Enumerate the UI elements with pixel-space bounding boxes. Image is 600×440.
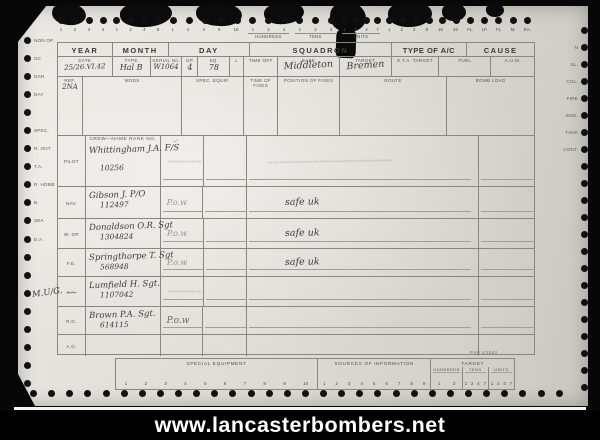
scale-number: 2 xyxy=(187,27,189,32)
scale-number: 2 xyxy=(471,381,474,386)
scale-number: FL. xyxy=(467,27,473,32)
punch-hole xyxy=(481,17,488,24)
mods-label: MODS xyxy=(83,77,182,83)
target-section: TARGET HUNDREDS 12 TENS 1247 UNITS 1247 xyxy=(431,359,514,389)
scale-number: 1 xyxy=(465,381,468,386)
punch-hole xyxy=(363,17,370,24)
nav-fate: P.o.w xyxy=(161,198,187,207)
punch-hole xyxy=(24,109,31,116)
rail-label: OC xyxy=(34,56,41,61)
punch-hole xyxy=(186,17,193,24)
wop-fate: P.o.w xyxy=(161,229,187,238)
punch-hole xyxy=(393,390,400,397)
scale-number: 4 xyxy=(143,27,145,32)
rail-label: SEA xyxy=(34,218,44,223)
punch-hole xyxy=(581,95,588,102)
scale-number: 1 xyxy=(491,381,494,386)
scale-number: 1 xyxy=(116,27,118,32)
box-row: REF. 2NA MODS SPEC. EQUIP. TIME OF FIXES… xyxy=(58,77,534,136)
sources-label: SOURCES OF INFORMATION xyxy=(318,359,430,367)
crew-row-nav: NAV. Gibson J. P/O 112497 P.o.w safe uk xyxy=(58,187,534,219)
rail-label: TANK xyxy=(565,130,578,135)
nav-number: 112497 xyxy=(86,199,160,209)
punch-hole xyxy=(519,390,526,397)
scale-number: 4 xyxy=(413,27,415,32)
form-imprint: P.60 4/1942 xyxy=(470,350,498,355)
scale-number: 7 xyxy=(510,381,513,386)
scale-number: 8 xyxy=(426,27,428,32)
punch-hole xyxy=(24,73,31,80)
punch-hole xyxy=(524,17,531,24)
punch-hole xyxy=(24,55,31,62)
scale-number: 1 xyxy=(343,27,345,32)
punch-hole xyxy=(72,17,79,24)
punch-hole xyxy=(113,17,120,24)
loss-card-form: YEAR MONTH DAY SQUADRON TYPE OF A/C CAUS… xyxy=(57,42,535,355)
rg-number: 614115 xyxy=(86,319,160,329)
type-value: Hal B xyxy=(113,63,150,72)
scale-number: 1 xyxy=(172,27,174,32)
scale-tens: 124TENS xyxy=(292,14,339,44)
punch-hole xyxy=(218,17,225,24)
punch-hole xyxy=(581,112,588,119)
punch-hole xyxy=(581,214,588,221)
scale-number: 1 xyxy=(60,27,62,32)
punch-hole xyxy=(24,145,31,152)
rail-label: COL. xyxy=(566,79,578,84)
punch-hole xyxy=(581,265,588,272)
punch-hole xyxy=(24,362,31,369)
bottom-section: SPECIAL EQUIPMENT 12345678910 SOURCES OF… xyxy=(115,358,515,390)
spec-equip-label: SPEC. EQUIP. xyxy=(182,77,243,83)
time-fixes-label: TIME OF FIXES xyxy=(244,77,277,88)
col-month: MONTH xyxy=(113,43,168,55)
target-tens: TENS 1247 xyxy=(462,367,488,389)
pilot-number: 10256 xyxy=(86,162,160,172)
rail-label: D.A. xyxy=(34,237,44,242)
punch-hole xyxy=(229,390,236,397)
fe-fate: P.o.w xyxy=(161,258,187,267)
punch-hole xyxy=(66,390,73,397)
scale-number: 1 xyxy=(438,381,441,386)
punch-hole xyxy=(202,17,209,24)
l-label: L xyxy=(230,57,243,63)
punch-hole xyxy=(24,254,31,261)
punch-hole xyxy=(399,17,406,24)
website-url: www.lancasterbombers.net xyxy=(155,413,446,438)
punch-hole xyxy=(581,129,588,136)
punch-hole xyxy=(581,282,588,289)
mug-fate-illegible: ~~~~~~ xyxy=(161,287,201,296)
punch-hole xyxy=(302,390,309,397)
punch-hole xyxy=(312,17,319,24)
rail-label: ENG. xyxy=(566,113,578,118)
pilot-fate-illegible: ~~~~~~ xyxy=(161,157,201,166)
scale-number: 1 xyxy=(125,381,128,386)
scale-number: 3 xyxy=(88,27,90,32)
punch-hole xyxy=(24,326,31,333)
sources-section: SOURCES OF INFORMATION 123456789 xyxy=(318,359,431,389)
scale-number: 4 xyxy=(184,381,187,386)
punch-hole xyxy=(24,236,31,243)
punch-hole xyxy=(24,290,31,297)
punch-hole xyxy=(265,17,272,24)
scale-sublabel: HUNDREDS xyxy=(248,33,289,39)
scale-number: 4 xyxy=(503,381,506,386)
punch-hole xyxy=(341,17,348,24)
punch-hole xyxy=(465,390,472,397)
scale-number: 9 xyxy=(283,381,286,386)
scale-number: 1 xyxy=(388,27,390,32)
scale-number: 1 xyxy=(252,27,254,32)
scale-number: 2 xyxy=(74,27,76,32)
punch-hole xyxy=(374,17,381,24)
col-squadron: SQUADRON xyxy=(250,43,390,55)
role-ag: A.G. xyxy=(66,343,76,349)
scale-number: 8 xyxy=(157,27,159,32)
punch-hole xyxy=(581,163,588,170)
punch-hole xyxy=(24,199,31,206)
punch-hole xyxy=(581,44,588,51)
crew-row-ag: A.G. xyxy=(58,335,534,356)
punch-hole xyxy=(581,78,588,85)
sources-numbers: 123456789 xyxy=(318,367,430,389)
rail-label: T.A. xyxy=(34,164,43,169)
scale-number: 4 xyxy=(203,27,205,32)
scale-number: 1 xyxy=(299,27,301,32)
rail-label: DAY xyxy=(34,92,44,97)
scale-number: 2 xyxy=(453,381,456,386)
rail-label: SPEC. xyxy=(34,128,49,133)
scale-number: 6 xyxy=(224,381,227,386)
scale-number: FL. xyxy=(496,27,502,32)
scale-month: 1248 xyxy=(110,14,165,44)
punch-scale-top: 1234 1248 124816 124HUNDREDS 124TENS 124… xyxy=(54,14,535,44)
nav-note: safe uk xyxy=(247,196,320,208)
punch-hole xyxy=(121,390,128,397)
auw-label: A.U.W. xyxy=(491,57,534,63)
punch-hole xyxy=(439,17,446,24)
wop-number: 1304824 xyxy=(86,231,160,241)
target-units-numbers: 1247 xyxy=(489,373,514,389)
punch-rail-bottom xyxy=(30,390,563,397)
role-pilot: PILOT xyxy=(64,158,79,164)
punch-hole xyxy=(581,146,588,153)
target-units: UNITS 1247 xyxy=(488,367,514,389)
punch-hole xyxy=(58,17,65,24)
rail-label: R. OUT xyxy=(34,146,51,151)
header-row: YEAR MONTH DAY SQUADRON TYPE OF A/C CAUS… xyxy=(58,43,534,57)
scale-number: 2 xyxy=(401,27,403,32)
punch-hole xyxy=(248,390,255,397)
scale-number: 4 xyxy=(477,381,480,386)
punch-hole xyxy=(413,17,420,24)
col-day: DAY xyxy=(169,43,250,55)
rail-label: R. HOME xyxy=(34,182,55,187)
punch-hole xyxy=(581,248,588,255)
punch-hole xyxy=(296,17,303,24)
scale-number: 3 xyxy=(164,381,167,386)
punch-hole xyxy=(175,390,182,397)
scale-number: 1 xyxy=(323,381,326,386)
scale-number: M. xyxy=(511,27,516,32)
punch-hole xyxy=(538,390,545,397)
punch-hole xyxy=(139,390,146,397)
scale-number: 8 xyxy=(410,381,413,386)
punch-hole xyxy=(141,17,148,24)
punch-hole xyxy=(411,390,418,397)
scale-number: EA. xyxy=(524,27,531,32)
serial-value: W1064 xyxy=(151,63,182,71)
punch-hole xyxy=(581,27,588,34)
target-hundreds-numbers: 12 xyxy=(431,373,461,389)
scale-number: 7 xyxy=(244,381,247,386)
wop-note: safe uk xyxy=(247,227,320,239)
fuel-label: FUEL xyxy=(439,57,490,63)
punch-hole xyxy=(356,390,363,397)
scale-number: 9 xyxy=(423,381,426,386)
special-equipment-label: SPECIAL EQUIPMENT xyxy=(116,359,317,367)
punch-hole xyxy=(581,180,588,187)
punch-hole xyxy=(127,17,134,24)
scale-number: 5 xyxy=(373,381,376,386)
scale-number: 6 xyxy=(385,381,388,386)
punch-hole xyxy=(155,17,162,24)
punch-hole xyxy=(284,390,291,397)
loss-card-scan: 1234 1248 124816 124HUNDREDS 124TENS 124… xyxy=(18,6,588,406)
scale-number: 4 xyxy=(365,27,367,32)
punch-hole xyxy=(193,390,200,397)
punch-rail-right: NSL.COL.FIREENG.TANKCONT. xyxy=(546,26,588,392)
scale-number: 16 xyxy=(438,27,443,32)
scale-number: 10 xyxy=(303,381,308,386)
gp-value: 4 xyxy=(182,63,197,72)
punch-hole xyxy=(30,390,37,397)
eta-target-label: E.T.A. TARGET xyxy=(392,57,439,63)
scale-number: 16 xyxy=(234,27,239,32)
target-tens-numbers: 1247 xyxy=(463,373,488,389)
pos-fixes-label: POSITION OF FIXES xyxy=(278,77,339,83)
punch-hole xyxy=(24,163,31,170)
punch-hole xyxy=(24,380,31,387)
punch-hole xyxy=(429,390,436,397)
date-value: 25/26.VI.42 xyxy=(58,62,112,72)
punch-hole xyxy=(157,390,164,397)
special-equipment-section: SPECIAL EQUIPMENT 12345678910 xyxy=(116,359,318,389)
punch-hole xyxy=(48,390,55,397)
punch-hole xyxy=(581,197,588,204)
role-ba-struck: B.A. xyxy=(66,289,76,295)
scale-number: 3 xyxy=(348,381,351,386)
punch-hole xyxy=(581,384,588,391)
punch-hole xyxy=(103,390,110,397)
scale-number: 4 xyxy=(330,27,332,32)
scale-number: 2 xyxy=(267,27,269,32)
role-fe: F.E. xyxy=(67,260,76,266)
punch-hole xyxy=(581,231,588,238)
website-bar: www.lancasterbombers.net xyxy=(0,411,600,440)
detail-row: DATE 25/26.VI.42 TYPE Hal B SERIAL No. W… xyxy=(58,57,534,77)
rg-fate: P.o.w xyxy=(161,316,190,326)
punch-hole xyxy=(453,17,460,24)
col-year: YEAR xyxy=(58,43,112,55)
special-equipment-numbers: 12345678910 xyxy=(116,367,317,389)
rail-label: CONT. xyxy=(563,147,578,152)
punch-hole xyxy=(467,17,474,24)
punch-hole xyxy=(24,181,31,188)
sq-value: 78 xyxy=(198,63,229,72)
scale-hundreds: 124HUNDREDS xyxy=(245,14,292,44)
scale-units: 1247UNITS xyxy=(339,14,383,44)
rail-label: FIRE xyxy=(567,96,578,101)
scale-number: 32 xyxy=(453,27,458,32)
role-wop: W. OP xyxy=(64,231,79,237)
scale-number: 7 xyxy=(398,381,401,386)
punch-hole xyxy=(328,17,335,24)
scale-type: 12481632 xyxy=(383,14,463,44)
punch-hole xyxy=(234,17,241,24)
punch-hole xyxy=(581,61,588,68)
crew-row-mug: B.A. Lumfield H. Sgt. 1107042 ~~~~~~ xyxy=(58,277,534,307)
scale-day: 124816 xyxy=(165,14,245,44)
fe-number: 568948 xyxy=(86,261,160,271)
scale-number: LF. xyxy=(482,27,488,32)
bomb-load-label: BOMB LOAD xyxy=(447,77,534,83)
punch-hole xyxy=(84,390,91,397)
target-value: Bremen xyxy=(340,58,391,73)
crew-row-pilot: PILOT CREW—NAME RANK NO. Whittingham J.A… xyxy=(58,136,534,187)
pilot-note-illegible: ~~~~~~~~~~~~~~~~~~~~~~ xyxy=(247,155,393,167)
rail-label: B. xyxy=(34,200,39,205)
punch-hole xyxy=(581,299,588,306)
punch-hole xyxy=(266,390,273,397)
punch-hole xyxy=(24,127,31,134)
target-section-label: TARGET xyxy=(431,359,514,367)
punch-hole xyxy=(483,390,490,397)
role-rg: R.G. xyxy=(66,318,77,324)
scale-number: 7 xyxy=(376,27,378,32)
rail-label: N xyxy=(574,45,578,50)
target-hundreds: HUNDREDS 12 xyxy=(431,367,461,389)
scale-number: 4 xyxy=(283,27,285,32)
rg-note xyxy=(247,320,285,321)
scale-number: 2 xyxy=(335,381,338,386)
crew-row-rg: R.G. Brown P.A. Sgt. 614115 P.o.w xyxy=(58,307,534,335)
punch-hole xyxy=(24,308,31,315)
scan-divider-stripe xyxy=(14,407,586,410)
scale-number: 2 xyxy=(314,27,316,32)
punch-hole xyxy=(447,390,454,397)
punch-hole xyxy=(510,17,517,24)
crew-row-wop: W. OP Donaldson O.R. Sgt 1304824 P.o.w s… xyxy=(58,219,534,249)
scale-number: 2 xyxy=(497,381,500,386)
punch-hole xyxy=(338,390,345,397)
rail-label: SL. xyxy=(571,62,579,67)
punch-hole xyxy=(211,390,218,397)
scale-number: 4 xyxy=(360,381,363,386)
base-value: Middleton xyxy=(278,58,339,72)
scale-number: 8 xyxy=(263,381,266,386)
scale-cause: FL.LF.FL.M.EA. xyxy=(463,14,535,44)
punch-hole xyxy=(24,37,31,44)
scale-number: 2 xyxy=(129,27,131,32)
mug-number: 1107042 xyxy=(86,289,160,299)
role-nav: NAV. xyxy=(66,200,77,206)
punch-hole xyxy=(320,390,327,397)
rail-label: GAR xyxy=(34,74,45,79)
punch-hole xyxy=(581,316,588,323)
scale-sublabel: TENS xyxy=(295,33,336,39)
punch-hole xyxy=(249,17,256,24)
timeoff-label: TIME OFF xyxy=(244,57,277,63)
punch-hole xyxy=(352,17,359,24)
punch-hole xyxy=(281,17,288,24)
punch-hole xyxy=(426,17,433,24)
scale-number: 7 xyxy=(483,381,486,386)
rail-label: NON OP. xyxy=(34,38,54,43)
col-cause: CAUSE xyxy=(467,43,534,55)
punch-hole xyxy=(386,17,393,24)
punch-hole xyxy=(581,350,588,357)
scale-number: 4 xyxy=(102,27,104,32)
route-label: ROUTE xyxy=(340,77,447,83)
col-type-ac: TYPE OF A/C xyxy=(392,43,467,55)
scale-sublabel: UNITS xyxy=(342,33,380,39)
mug-note xyxy=(247,291,285,292)
punch-hole xyxy=(24,91,31,98)
punch-hole xyxy=(86,17,93,24)
scale-number: 2 xyxy=(144,381,147,386)
scale-number: 5 xyxy=(204,381,207,386)
punch-hole xyxy=(24,344,31,351)
punch-hole xyxy=(170,17,177,24)
fe-note: safe uk xyxy=(247,256,320,268)
punch-hole xyxy=(24,272,31,279)
punch-hole xyxy=(501,390,508,397)
pilot-name: Whittingham J.A. F/S xyxy=(86,141,160,157)
punch-hole xyxy=(581,333,588,340)
punch-hole xyxy=(100,17,107,24)
punch-hole xyxy=(495,17,502,24)
punch-hole xyxy=(581,367,588,374)
scale-number: 8 xyxy=(218,27,220,32)
check-mark: ✓ xyxy=(173,138,178,145)
ref-value: 2NA xyxy=(58,83,82,91)
punch-hole xyxy=(24,217,31,224)
crew-row-fe: F.E. Springthorpe T. Sgt 568948 P.o.w sa… xyxy=(58,249,534,277)
punch-hole xyxy=(556,390,563,397)
punch-hole xyxy=(374,390,381,397)
scale-number: 2 xyxy=(354,27,356,32)
